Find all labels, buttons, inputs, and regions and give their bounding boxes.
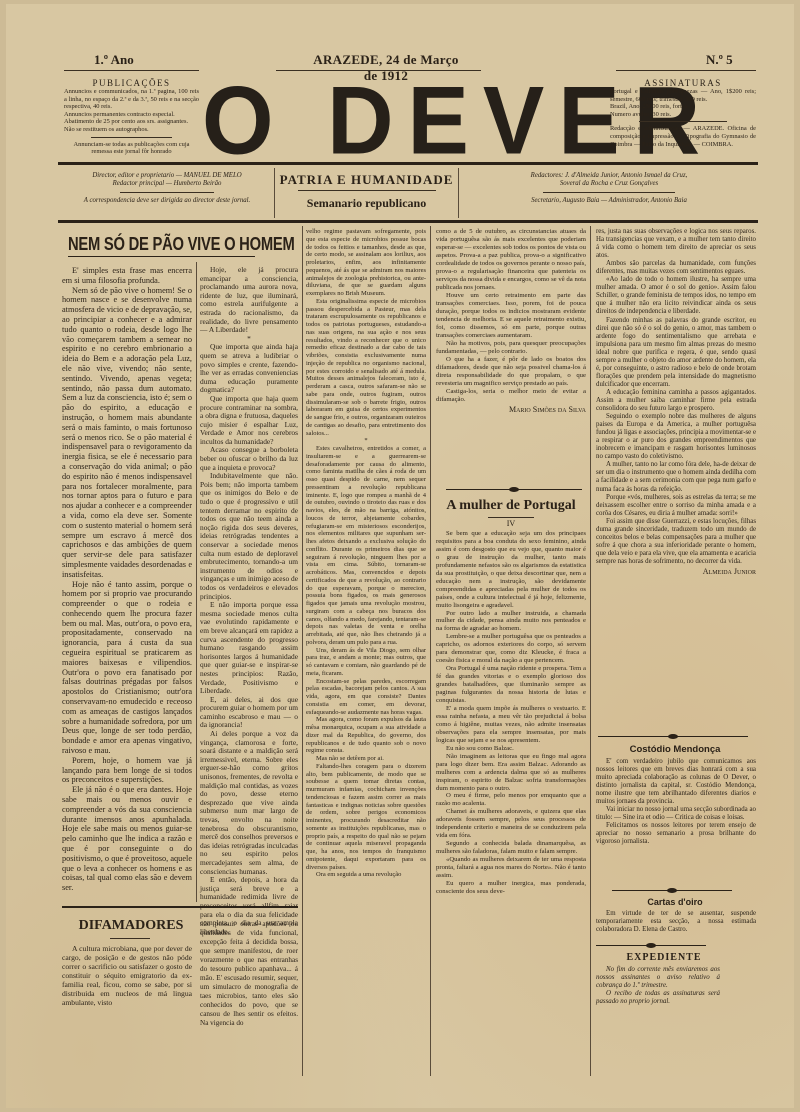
motto: PATRIA E HUMANIDADE: [279, 172, 454, 188]
paragraph: Acaso consegue a borboleta beber ou ofus…: [200, 446, 298, 472]
redactor-line: Redactor principal — Humberto Beirão: [62, 180, 272, 188]
publicacoes-line: Não se restituem os autographos.: [64, 126, 199, 134]
paragraph: Castiga-los, seria o melhor meio de evit…: [436, 388, 586, 404]
paragraph: Indubitavelmente que não. Pois bem; não …: [200, 472, 298, 601]
assinaturas-box: ASSINATURAS Portugal e Colonias portugue…: [610, 78, 756, 148]
secretario-line: Secretario, Augusto Baia — Administrador…: [462, 197, 756, 205]
newspaper-title: O DEVER: [202, 74, 557, 169]
paragraph: Chamei ás mulheres adoraveis, e quizera …: [436, 808, 586, 840]
headline-costodio: Costódio Mendonça: [594, 744, 756, 755]
paragraph: velho regime pastavam sofregamente, pois…: [306, 228, 426, 298]
signature: Almeida Junior: [596, 568, 756, 576]
headline-expediente: EXPEDIENTE: [594, 952, 734, 963]
difamadores-col1: A cultura microbiana, que por dever de c…: [62, 944, 192, 1007]
redactores-line: Redactores: J. d'Almeida Junior, Antonio…: [462, 172, 756, 180]
paragraph: Que importa que ainda haja quem se atrev…: [200, 343, 298, 395]
paragraph: Encostam-se pelas paredes, escorregam pe…: [306, 678, 426, 717]
publicacoes-line: Annuncios permanentes contracto especial…: [64, 111, 199, 119]
assinaturas-line: Portugal e Colonias portuguezas — Ano, 1…: [610, 88, 756, 103]
paragraph: Que importa que haja quem procure contra…: [200, 395, 298, 447]
paragraph: A mulher, tanto no lar como fóra dele, h…: [596, 461, 756, 493]
paragraph: O que ha a fazer, é pôr de lado os boato…: [436, 356, 586, 388]
paragraph: Eu não sou como Balzac.: [436, 745, 586, 753]
nem-so-col1: E' simples esta frase mas encerra em si …: [62, 266, 192, 893]
paragraph: Em virtude de ter de se ausentar, suspen…: [596, 910, 756, 934]
paragraph: Foi assim que disse Guerrazzi, e estas l…: [596, 518, 756, 566]
paragraph: não possuir outras aptidões ou qualidade…: [200, 920, 298, 1028]
redactores-line-2: Soveral da Rocha e Cruz Gonçalves: [462, 180, 756, 188]
paragraph: «Quando as mulheres deixarem de ter uma …: [436, 856, 586, 880]
expediente-body: No fim do corrente mês enviaremos aos no…: [596, 966, 720, 1006]
publicacoes-box: PUBLICAÇÕES Annuncios e communicados, na…: [64, 78, 199, 156]
issue-number: N.º 5: [706, 52, 733, 68]
director-line: Director, editor e proprietario — MANUEL…: [62, 172, 272, 180]
paragraph: O recibo de todas as assinaturas será pa…: [596, 990, 720, 1006]
paragraph: Segundo a conhecida balada dinamarquêsa,…: [436, 840, 586, 856]
paragraph: Eu quero a mulher inergica, mas ponderad…: [436, 880, 586, 896]
signature: Mario Simões da Silva: [436, 406, 586, 414]
paragraph: Ai deles porque a voz da vingança, clamo…: [200, 730, 298, 876]
assinaturas-footer: Redacção e administração — ARAZEDE. Ofic…: [610, 125, 756, 148]
paragraph: Lembre-se a mulher portuguêsa que os pen…: [436, 633, 586, 665]
nem-so-col2: Hoje, ele já procura emancipar a conscie…: [200, 266, 298, 936]
paragraph: Hoje, ele já procura emancipar a conscie…: [200, 266, 298, 335]
paragraph: Seguindo o exemplo nobre das mulheres de…: [596, 413, 756, 461]
headline-difamadores: DIFAMADORES: [76, 918, 186, 934]
paragraph: «Ao lado de todo o homem ilustre, ha sem…: [596, 276, 756, 316]
paragraph: res, justa nas suas observações e logica…: [596, 228, 756, 260]
paragraph: Mas agora, como foram expulsos da lauta …: [306, 716, 426, 755]
paragraph: E' com verdadeiro jubilo que comunicamos…: [596, 758, 756, 806]
paragraph: como a de 5 de outubro, as circunstancia…: [436, 228, 586, 292]
headline-mulher: A mulher de Portugal: [434, 498, 588, 514]
paragraph: Ambos são parcelas da humanidade, com fu…: [596, 260, 756, 276]
subtitle: Semanario republicano: [279, 196, 454, 211]
paragraph: Ora em seguida a uma revolução: [306, 871, 426, 879]
paragraph: E' simples esta frase mas encerra em si …: [62, 266, 192, 286]
year-label: 1.º Ano: [94, 52, 134, 68]
publicacoes-line: Annuncios e communicados, na 1.ª pagina,…: [64, 88, 199, 111]
paragraph: Uns, deram ás de Vila Diogo, sem olhar p…: [306, 647, 426, 678]
paragraph: O meu é firme, pelo menos por emquanto q…: [436, 792, 586, 808]
staff-left: Director, editor e proprietario — MANUEL…: [62, 172, 272, 205]
paragraph: Não ha motivos, pois, para quesquer preo…: [436, 340, 586, 356]
correspondence-line: A correspondencia deve ser dirigida ao d…: [62, 197, 272, 205]
paragraph: A cultura microbiana, que por dever de c…: [62, 944, 192, 1007]
part-number: IV: [434, 519, 588, 528]
publicacoes-heading: PUBLICAÇÕES: [64, 78, 199, 88]
paragraph: Faltando-lhes coragem para o dizerem alt…: [306, 763, 426, 872]
separator-asterisk: *: [306, 437, 426, 445]
assinaturas-line: Numero avulso, 30 reis.: [610, 111, 756, 119]
paragraph: Porem, hoje, o homem vae já lançando par…: [62, 756, 192, 785]
paragraph: E' a moda quem impõe ás mulheres o vestu…: [436, 705, 586, 745]
paragraph: A educação feminina caminha a passos agi…: [596, 389, 756, 413]
staff-right: Redactores: J. d'Almeida Junior, Antonio…: [462, 172, 756, 205]
paragraph: Não imaginem as leitoras que eu fingo ma…: [436, 753, 586, 793]
headline-cartas: Cartas d'oiro: [594, 897, 756, 907]
paragraph: Vai iniciar no nosso jornal uma secção s…: [596, 806, 756, 822]
paragraph: Se bem que a educação seja um dos princi…: [436, 530, 586, 610]
mulher-col5: res, justa nas suas observações e logica…: [596, 228, 756, 576]
paragraph: Mas não se detêem por ai.: [306, 755, 426, 763]
paragraph: Ele já não é o que era dantes. Hoje sabe…: [62, 785, 192, 893]
headline-nem-so: NEM SÓ DE PÃO VIVE O HOMEM: [68, 234, 255, 257]
paragraph: Hoje não é tanto assim, porque o homem p…: [62, 580, 192, 756]
difamadores-col3: velho regime pastavam sofregamente, pois…: [306, 228, 426, 879]
paragraph: Fazendo minhas as palavras do grande esc…: [596, 317, 756, 389]
mulher-col4: Se bem que a educação seja um dos princi…: [436, 530, 586, 896]
paragraph: Esta originalissima especie de microbios…: [306, 298, 426, 438]
costodio-body: E' com verdadeiro jubilo que comunicamos…: [596, 758, 756, 847]
paragraph: Nem só de pão vive o homem! Se o homem n…: [62, 286, 192, 580]
publicacoes-line: Abatimento de 25 por cento aos srs. assi…: [64, 118, 199, 126]
newspaper-page: 1.º Ano ARAZEDE, 24 de Março de 1912 N.º…: [6, 4, 794, 1108]
paragraph: Por outro lado a mulher instruida, a cha…: [436, 610, 586, 634]
difamadores-col4: como a de 5 de outubro, as circunstancia…: [436, 228, 586, 414]
paragraph: No fim do corrente mês enviaremos aos no…: [596, 966, 720, 990]
difamadores-col2: não possuir outras aptidões ou qualidade…: [200, 920, 298, 1028]
publicacoes-footer: Annunciam-se todas as publicações com cu…: [64, 141, 199, 156]
paragraph: Estes cavalheiros, entretidos a comer, a…: [306, 445, 426, 647]
assinaturas-line: Brazil, Ano, 2$000 reis, fortes.: [610, 103, 756, 111]
paragraph: Houve um certo retraimento em parte das …: [436, 292, 586, 340]
assinaturas-heading: ASSINATURAS: [610, 78, 756, 88]
paragraph: E não importa porque essa mesma sociedad…: [200, 601, 298, 696]
paragraph: Porque «vós, mulheres, sois as estrelas …: [596, 494, 756, 518]
cartas-body: Em virtude de ter de se ausentar, suspen…: [596, 910, 756, 934]
paragraph: E, ai deles, ai dos que procurem guiar o…: [200, 696, 298, 730]
paragraph: Felicitamos os nossos leitores por terem…: [596, 822, 756, 846]
paragraph: Ora Portugal é uma nação ridente e prosp…: [436, 665, 586, 705]
